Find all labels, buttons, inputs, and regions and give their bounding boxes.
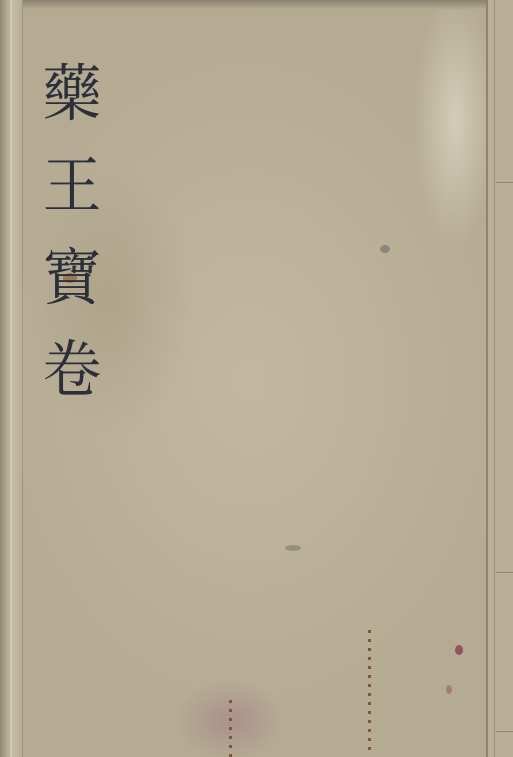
dark-spot (380, 245, 390, 253)
wine-stain (455, 645, 463, 655)
binding-segment (496, 572, 513, 573)
book-cover: 藥 王 寶 卷 (0, 0, 513, 757)
wine-stain (446, 685, 452, 694)
title-char-3: 寶 (43, 232, 102, 324)
title-char-1: 藥 (43, 48, 102, 140)
right-binding-strip (486, 0, 513, 757)
binding-segment (496, 182, 513, 183)
top-edge (0, 0, 513, 10)
title-column: 藥 王 寶 卷 (32, 48, 112, 416)
right-binding-line (494, 0, 495, 757)
title-char-4: 卷 (43, 324, 102, 416)
wormhole-trail (368, 630, 371, 750)
binding-segment (496, 731, 513, 732)
title-char-2: 王 (43, 140, 102, 232)
wormhole-trail (229, 700, 232, 757)
spine-fold-line (10, 0, 12, 757)
dark-spot (285, 545, 301, 551)
